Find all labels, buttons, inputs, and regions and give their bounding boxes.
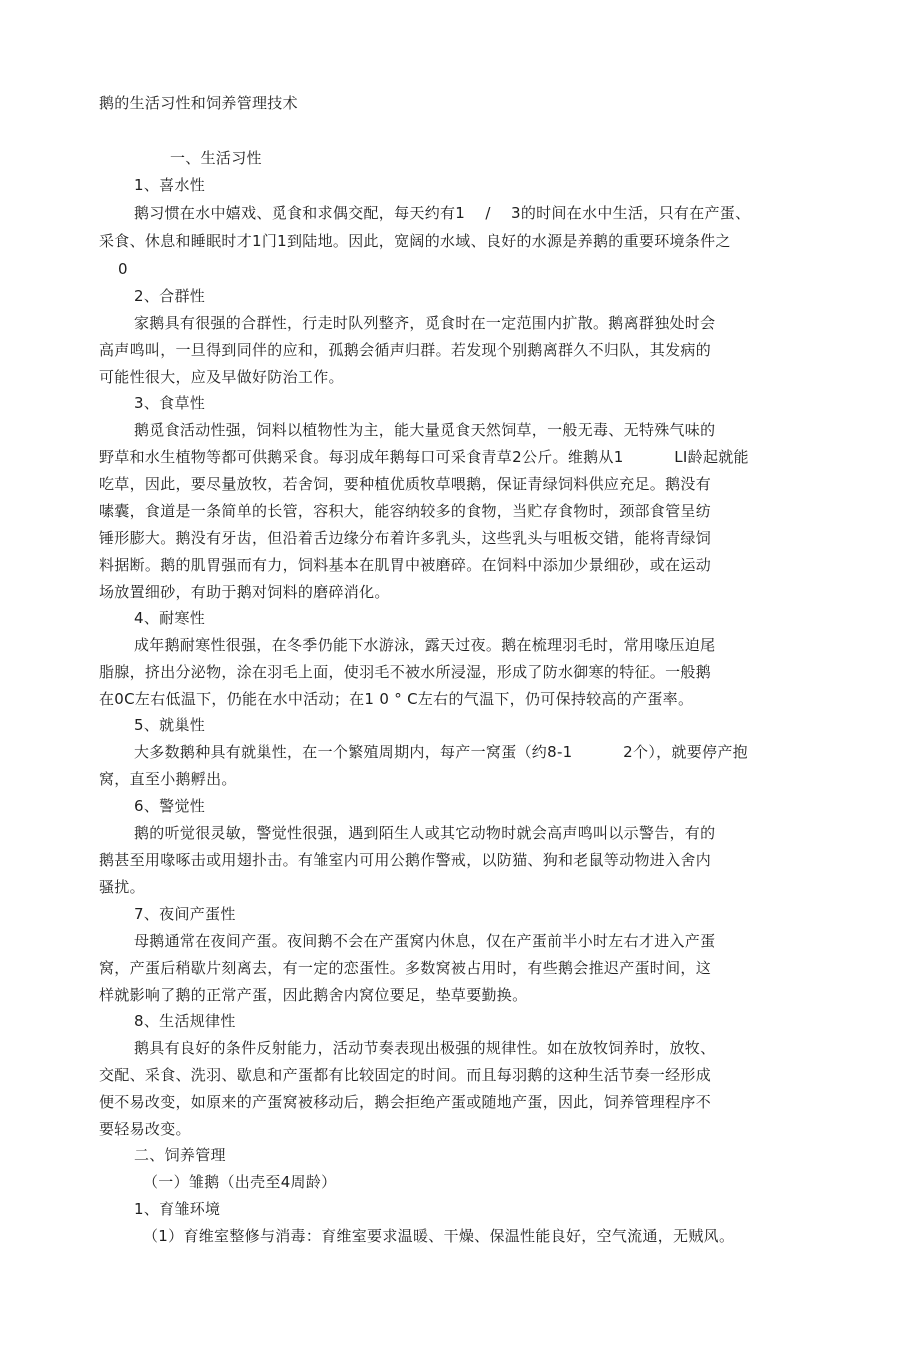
- doc-line-paragraph: 嗉囊，食道是一条简单的长管，容积大，能容纳较多的食物，当贮存食物时，颈部食管呈纺: [99, 501, 711, 521]
- doc-line-paragraph: 野草和水生植物等都可供鹅采食。每羽成年鹅每口可采食青草2公斤。维鹅从1 LI龄起…: [99, 447, 749, 467]
- doc-line-paragraph: 高声鸣叫，一旦得到同伴的应和，孤鹅会循声归群。若发现个别鹅离群久不归队，其发病的: [99, 340, 711, 360]
- doc-line-subheading: 5、就巢性: [134, 715, 205, 735]
- document-page: 鹅的生活习性和饲养管理技术一、生活习性1、喜水性鹅习惯在水中嬉戏、觅食和求偶交配…: [0, 0, 920, 1361]
- doc-line-paragraph: 鹅觅食活动性强，饲料以植物性为主，能大量觅食天然饲草，一般无毒、无特殊气味的: [134, 420, 715, 440]
- doc-line-paragraph: 吃草，因此，要尽量放牧，若舍饲，要种植优质牧草喂鹅，保证青绿饲料供应充足。鹅没有: [99, 474, 711, 494]
- doc-line-paragraph: 样就影响了鹅的正常产蛋，因此鹅舍内窝位要足，垫草要勤换。: [99, 985, 527, 1005]
- doc-line-paragraph: 料据断。鹅的肌胃强而有力，饲料基本在肌胃中被磨碎。在饲料中添加少景细砂，或在运动: [99, 555, 711, 575]
- doc-line-paragraph: （1）育维室整修与消毒：育维室要求温暖、干燥、保温性能良好，空气流通，无贼风。: [143, 1226, 734, 1246]
- doc-line-paragraph: 可能性很大，应及早做好防治工作。: [99, 367, 344, 387]
- doc-line-paragraph: 便不易改变，如原来的产蛋窝被移动后，鹅会拒绝产蛋或随地产蛋，因此，饲养管理程序不: [99, 1092, 711, 1112]
- doc-line-paragraph: 鹅具有良好的条件反射能力，活动节奏表现出极强的规律性。如在放牧饲养时，放牧、: [134, 1038, 715, 1058]
- doc-line-section-heading: 二、饲养管理: [134, 1145, 226, 1165]
- doc-line-paragraph: 鹅的听觉很灵敏，警觉性很强，遇到陌生人或其它动物时就会高声鸣叫以示警告，有的: [134, 823, 715, 843]
- doc-line-subheading: 7、夜间产蛋性: [134, 904, 236, 924]
- doc-line-paragraph: 成年鹅耐寒性很强，在冬季仍能下水游泳，露天过夜。鹅在梳理羽毛时，常用喙压迫尾: [134, 635, 715, 655]
- doc-line-paragraph: 大多数鹅种具有就巢性，在一个繁殖周期内，每产一窝蛋（约8-1 2个），就要停产抱: [134, 742, 748, 762]
- doc-line-paragraph: 锤形膨大。鹅没有牙齿，但沿着舌边缘分布着许多乳头，这些乳头与咀板交错，能将青绿饲: [99, 528, 711, 548]
- doc-line-section-heading: 一、生活习性: [170, 148, 262, 168]
- doc-line-paragraph: 在0C左右低温下，仍能在水中活动；在1 0 ° C左右的气温下，仍可保持较高的产…: [99, 689, 693, 709]
- doc-line-paragraph: 0: [118, 259, 128, 279]
- doc-line-paragraph: 场放置细砂，有助于鹅对饲料的磨碎消化。: [99, 582, 390, 602]
- doc-line-paragraph: 脂腺，挤出分泌物，涂在羽毛上面，使羽毛不被水所浸湿，形成了防水御寒的特征。一般鹅: [99, 662, 711, 682]
- doc-line-subheading: （一）雏鹅（出壳至4周龄）: [143, 1172, 336, 1192]
- doc-line-subheading: 2、合群性: [134, 286, 205, 306]
- doc-line-paragraph: 窝，产蛋后稍歇片刻离去，有一定的恋蛋性。多数窝被占用时，有些鹅会推迟产蛋时间，这: [99, 958, 711, 978]
- doc-line-subheading: 1、育雏环境: [134, 1199, 220, 1219]
- doc-line-subheading: 6、警觉性: [134, 796, 205, 816]
- doc-line-title: 鹅的生活习性和饲养管理技术: [99, 93, 298, 113]
- doc-line-subheading: 4、耐寒性: [134, 608, 205, 628]
- doc-line-paragraph: 骚扰。: [99, 877, 145, 897]
- doc-line-paragraph: 交配、采食、洗羽、歇息和产蛋都有比较固定的时间。而且每羽鹅的这种生活节奏一经形成: [99, 1065, 711, 1085]
- doc-line-subheading: 8、生活规律性: [134, 1011, 236, 1031]
- doc-line-paragraph: 要轻易改变。: [99, 1119, 191, 1139]
- doc-line-subheading: 3、食草性: [134, 393, 205, 413]
- doc-line-paragraph: 家鹅具有很强的合群性，行走时队列整齐，觅食时在一定范围内扩散。鹅离群独处时会: [134, 313, 715, 333]
- doc-line-paragraph: 采食、休息和睡眠时才1门1到陆地。因此，宽阔的水域、良好的水源是养鹅的重要环境条…: [99, 231, 731, 251]
- doc-line-paragraph: 鹅习惯在水中嬉戏、觅食和求偶交配，每天约有1 / 3的时间在水中生活，只有在产蛋…: [134, 203, 750, 223]
- doc-line-paragraph: 母鹅通常在夜间产蛋。夜间鹅不会在产蛋窝内休息，仅在产蛋前半小时左右才进入产蛋: [134, 931, 715, 951]
- doc-line-paragraph: 窝，直至小鹅孵出。: [99, 769, 237, 789]
- doc-line-paragraph: 鹅甚至用喙啄击或用翅扑击。有雏室内可用公鹅作警戒，以防猫、狗和老鼠等动物进入舍内: [99, 850, 711, 870]
- doc-line-subheading: 1、喜水性: [134, 175, 205, 195]
